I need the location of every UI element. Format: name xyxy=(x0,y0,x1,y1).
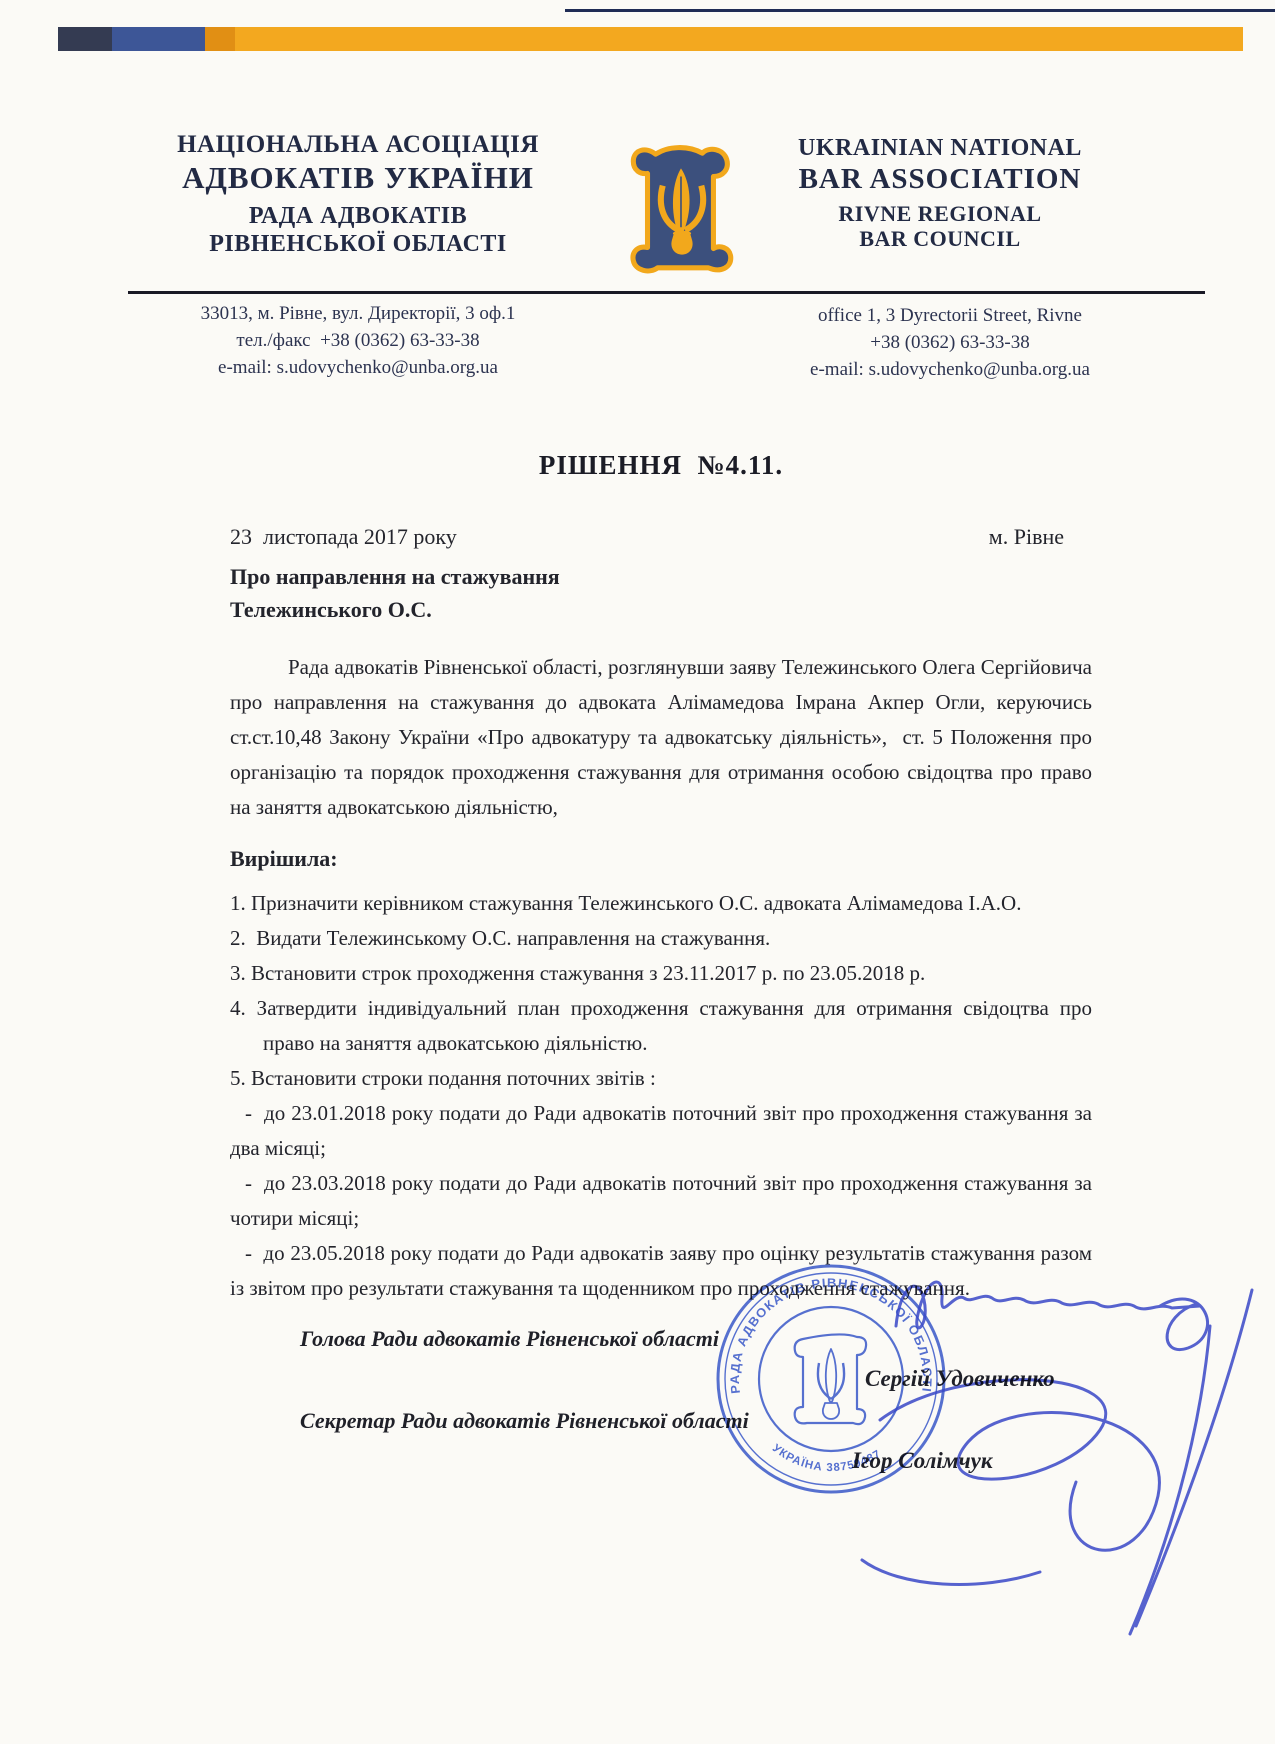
org-uk-line4: РІВНЕНСЬКОЇ ОБЛАСТІ xyxy=(148,230,568,258)
decision-title: РІШЕННЯ №4.11. xyxy=(230,450,1092,481)
header-divider xyxy=(128,291,1205,294)
stamp-ring-text-bottom: УКРАЇНА 38759487 xyxy=(770,1442,884,1474)
banner-navy-block xyxy=(58,27,112,51)
org-name-english: UKRAINIAN NATIONAL BAR ASSOCIATION RIVNE… xyxy=(750,134,1130,252)
signature-underline-stroke xyxy=(862,1560,1040,1585)
decision-date: 23 листопада 2017 року xyxy=(230,524,457,549)
head-signature-stroke xyxy=(896,1282,1200,1328)
stamp-and-signatures-layer: РАДА АДВОКАТІВ РІВНЕНСЬКОЇ ОБЛАСТІ УКРАЇ… xyxy=(600,1230,1275,1660)
resolution-subitem: - до 23.03.2018 року подати до Ради адво… xyxy=(230,1166,1092,1236)
resolution-item: 2. Видати Тележинському О.С. направлення… xyxy=(230,921,1092,956)
decision-place: м. Рівне xyxy=(989,524,1064,550)
top-thin-line xyxy=(565,9,1275,12)
org-uk-line3: РАДА АДВОКАТІВ xyxy=(148,202,568,230)
contact-en-phone: +38 (0362) 63-33-38 xyxy=(760,329,1140,356)
secretary-signature-loops xyxy=(880,1380,1159,1551)
contact-uk-phone: тел./факс +38 (0362) 63-33-38 xyxy=(158,327,558,354)
resolution-item: 3. Встановити строк проходження стажуван… xyxy=(230,956,1092,991)
decision-subject: Про направлення на стажування Тележинськ… xyxy=(230,560,1092,626)
resolution-item: 1. Призначити керівником стажування Теле… xyxy=(230,886,1092,921)
org-en-line4: BAR COUNCIL xyxy=(750,226,1130,252)
subject-line1: Про направлення на стажування xyxy=(230,560,1092,593)
org-en-line2: BAR ASSOCIATION xyxy=(750,162,1130,196)
org-uk-line2: АДВОКАТІВ УКРАЇНИ xyxy=(148,160,568,197)
resolution-item: 5. Встановити строки подання поточних зв… xyxy=(230,1061,1092,1096)
decision-preamble: Рада адвокатів Рівненської області, розг… xyxy=(230,650,1092,825)
contact-block-english: office 1, 3 Dyrectorii Street, Rivne +38… xyxy=(760,302,1140,383)
svg-text:УКРАЇНА 38759487: УКРАЇНА 38759487 xyxy=(770,1442,884,1474)
stamp-center-scroll-trident-icon xyxy=(795,1334,866,1424)
banner-blue-block xyxy=(112,27,205,51)
contact-en-email: e-mail: s.udovychenko@unba.org.ua xyxy=(760,356,1140,383)
unba-emblem-icon xyxy=(624,140,740,282)
contact-uk-address: 33013, м. Рівне, вул. Директорії, 3 оф.1 xyxy=(158,300,558,327)
signature-long-stroke-2 xyxy=(1130,1326,1210,1634)
org-uk-line1: НАЦІОНАЛЬНА АСОЦІАЦІЯ xyxy=(148,130,568,160)
banner-gold-stripe xyxy=(235,27,1243,51)
subject-line2: Тележинського О.С. xyxy=(230,593,1092,626)
org-en-line1: UKRAINIAN NATIONAL xyxy=(750,134,1130,162)
org-name-ukrainian: НАЦІОНАЛЬНА АСОЦІАЦІЯ АДВОКАТІВ УКРАЇНИ … xyxy=(148,130,568,259)
round-seal-stamp: РАДА АДВОКАТІВ РІВНЕНСЬКОЇ ОБЛАСТІ УКРАЇ… xyxy=(718,1266,944,1492)
contact-en-address: office 1, 3 Dyrectorii Street, Rivne xyxy=(760,302,1140,329)
contact-uk-email: e-mail: s.udovychenko@unba.org.ua xyxy=(158,354,558,381)
date-place-row: м. Рівне 23 листопада 2017 року xyxy=(230,524,1092,550)
scanned-decision-document: НАЦІОНАЛЬНА АСОЦІАЦІЯ АДВОКАТІВ УКРАЇНИ … xyxy=(0,0,1275,1744)
org-en-line3: RIVNE REGIONAL xyxy=(750,201,1130,227)
resolved-label: Вирішила: xyxy=(230,846,338,872)
resolution-subitem: - до 23.01.2018 року подати до Ради адво… xyxy=(230,1096,1092,1166)
contact-block-ukrainian: 33013, м. Рівне, вул. Директорії, 3 оф.1… xyxy=(158,300,558,381)
resolution-item: 4. Затвердити індивідуальний план проход… xyxy=(230,991,1092,1061)
banner-orange-block xyxy=(205,27,235,51)
